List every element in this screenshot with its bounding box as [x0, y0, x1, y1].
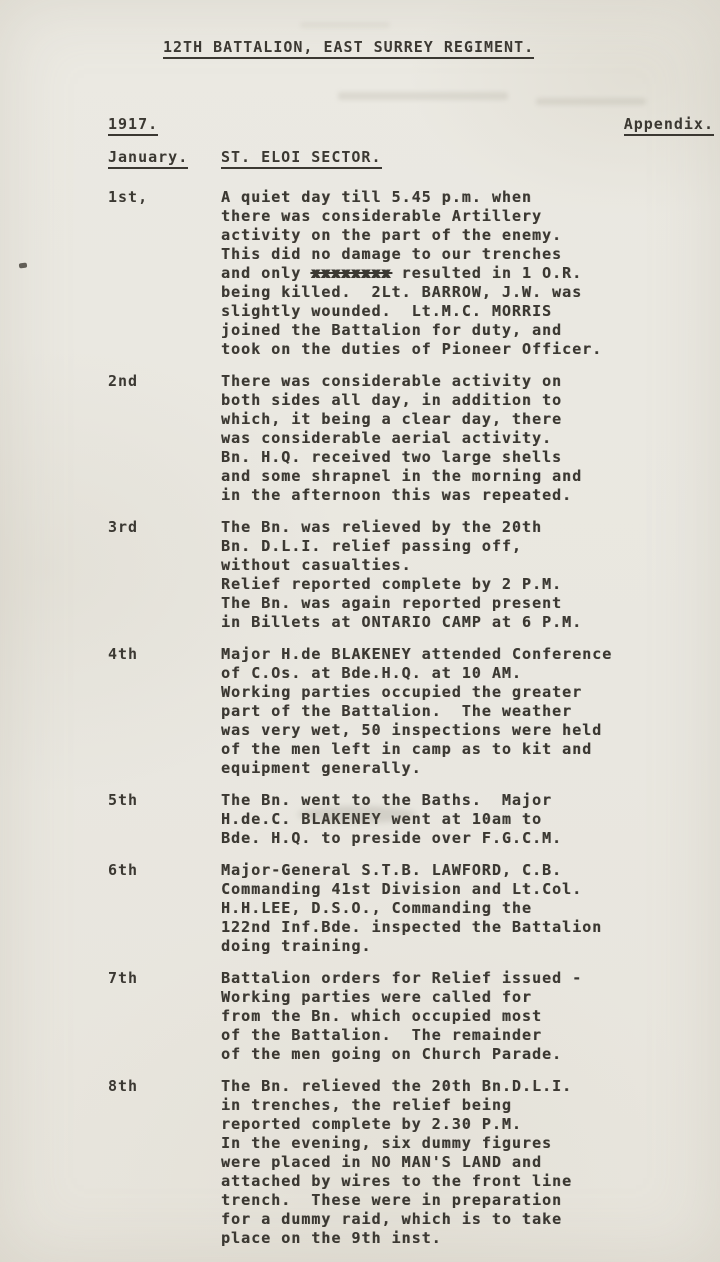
- entry-body-text: A quiet day till 5.45 p.m. when there wa…: [221, 188, 720, 359]
- diary-entry: 5th The Bn. went to the Baths. Major H.d…: [108, 791, 720, 848]
- entry-day-label: 2nd: [108, 372, 221, 505]
- appendix-label: Appendix.: [624, 115, 714, 136]
- entry-body-text: The Bn. was relieved by the 20th Bn. D.L…: [221, 518, 720, 632]
- diary-entry: 2nd There was considerable activity on b…: [108, 372, 720, 505]
- diary-entry: 1st, A quiet day till 5.45 p.m. when the…: [108, 188, 720, 359]
- entry-body-text: The Bn. relieved the 20th Bn.D.L.I. in t…: [221, 1077, 720, 1248]
- document-title-text: 12TH BATTALION, EAST SURREY REGIMENT.: [163, 38, 534, 59]
- diary-entry: 7th Battalion orders for Relief issued -…: [108, 969, 720, 1064]
- month-label: January.: [108, 148, 221, 169]
- entry-body-text: There was considerable activity on both …: [221, 372, 720, 505]
- bleed-through-mark: [300, 22, 390, 28]
- diary-entry: 4th Major H.de BLAKENEY attended Confere…: [108, 645, 720, 778]
- entry-day-label: 1st,: [108, 188, 221, 359]
- entry-day-label: 6th: [108, 861, 221, 956]
- entry-day-label: 4th: [108, 645, 221, 778]
- diary-entry: 8th The Bn. relieved the 20th Bn.D.L.I. …: [108, 1077, 720, 1248]
- diary-entry: 3rd The Bn. was relieved by the 20th Bn.…: [108, 518, 720, 632]
- bleed-through-mark: [338, 92, 508, 100]
- diary-entries-list: 1st, A quiet day till 5.45 p.m. when the…: [0, 188, 720, 1248]
- ink-smudge: [298, 806, 416, 823]
- sector-label: ST. ELOI SECTOR.: [221, 148, 382, 169]
- entry-body-text: The Bn. went to the Baths. Major H.de.C.…: [221, 791, 720, 848]
- strikethrough-overtype: xxxxxxxx: [311, 264, 391, 282]
- entry-body-text: Major H.de BLAKENEY attended Conference …: [221, 645, 720, 778]
- year-appendix-row: 1917. Appendix.: [0, 115, 720, 136]
- year-label: 1917.: [108, 115, 158, 136]
- entry-day-label: 3rd: [108, 518, 221, 632]
- entry-day-label: 5th: [108, 791, 221, 848]
- bleed-through-mark: [536, 98, 646, 105]
- entry-body-text: Major-General S.T.B. LAWFORD, C.B. Comma…: [221, 861, 720, 956]
- entry-body-text: Battalion orders for Relief issued - Wor…: [221, 969, 720, 1064]
- war-diary-page: 12TH BATTALION, EAST SURREY REGIMENT. 19…: [0, 0, 720, 1262]
- diary-entry: 6th Major-General S.T.B. LAWFORD, C.B. C…: [108, 861, 720, 956]
- month-sector-row: January. ST. ELOI SECTOR.: [0, 148, 720, 169]
- document-title: 12TH BATTALION, EAST SURREY REGIMENT.: [163, 38, 720, 59]
- entry-day-label: 7th: [108, 969, 221, 1064]
- entry-day-label: 8th: [108, 1077, 221, 1248]
